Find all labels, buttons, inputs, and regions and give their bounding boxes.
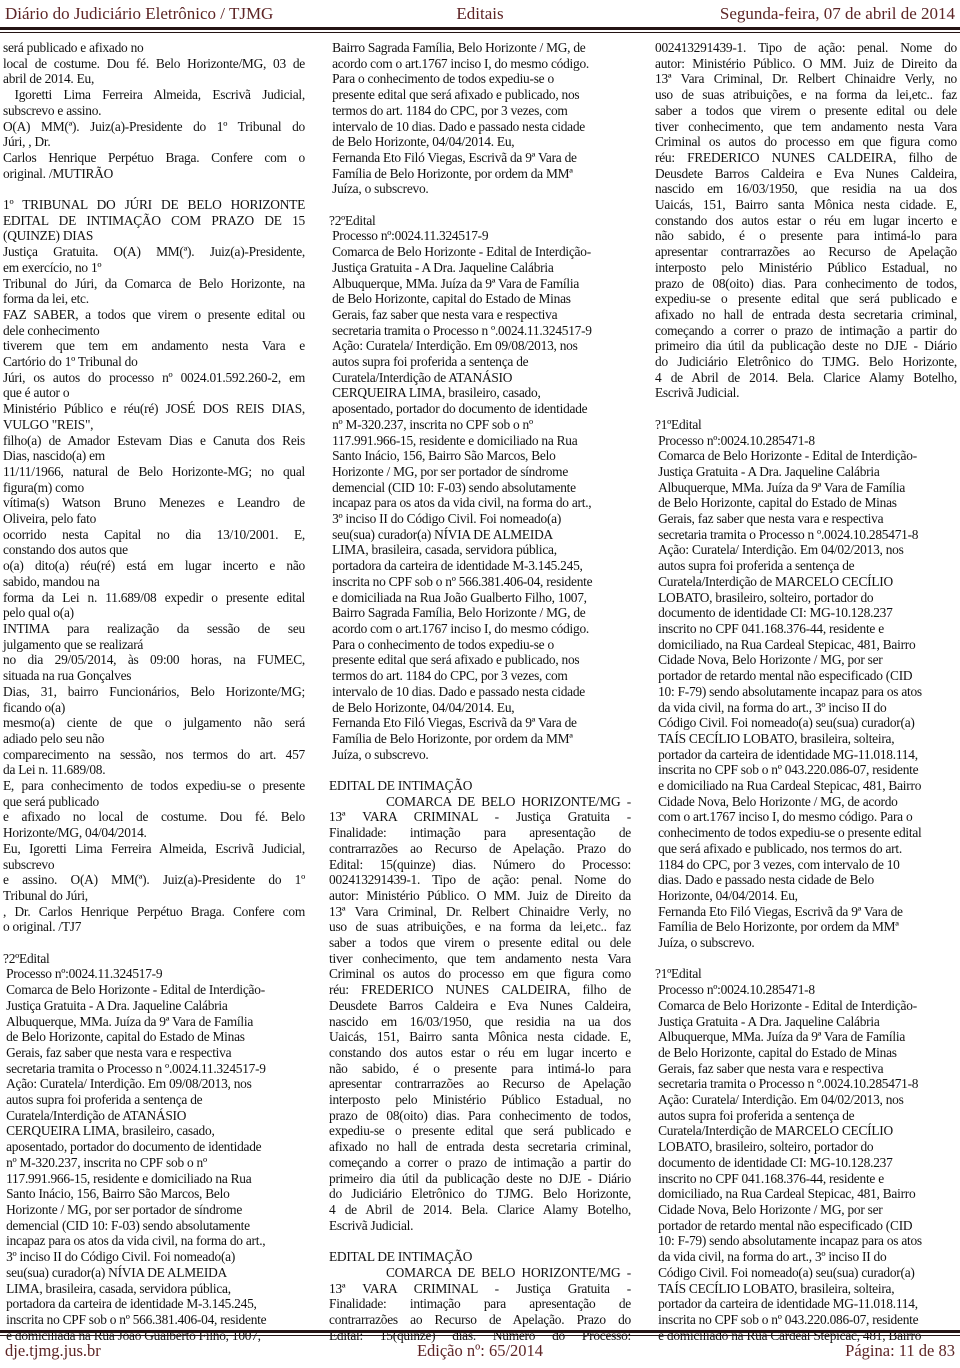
footer-page-number: Página: 11 de 83 — [845, 1341, 955, 1361]
text-line: COMARCA DE BELO HORIZONTE/MG - — [329, 1265, 631, 1281]
text-line: Código Civil. Foi nomeado(a) seu(sua) cu… — [655, 1265, 957, 1281]
text-line: presente edital que será afixado e publi… — [329, 652, 631, 668]
text-line: réu: FREDERICO NUNES CALDEIRA, filho de — [329, 982, 631, 998]
text-line: inscrito no CPF 041.168.376-44, resident… — [655, 1171, 957, 1187]
text-line: nascido em 16/03/1950, que residia na ua… — [655, 181, 957, 197]
text-line: EDITAL DE INTIMAÇÃO — [329, 778, 631, 794]
text-line: réu: FREDERICO NUNES CALDEIRA, filho de — [655, 150, 957, 166]
text-line: acordo com o art.1767 inciso I, do mesmo… — [329, 621, 631, 637]
text-line: Juíza, o subscrevo. — [329, 181, 631, 197]
text-line: de Belo Horizonte, 04/04/2014. Eu, — [329, 134, 631, 150]
text-line: vítima(s) Watson Bruno Menezes e Leandro… — [3, 495, 305, 511]
text-line: Processo nº:0024.11.324517-9 — [3, 966, 305, 982]
text-line: Cidade Nova, Belo Horizonte / MG, por se… — [655, 1202, 957, 1218]
text-line: mesmo(a) ciente de que o julgamento não … — [3, 715, 305, 731]
text-line: da vida civil, na forma do art., 3º inci… — [655, 700, 957, 716]
text-line: Horizonte/MG, 04/04/2014. — [3, 825, 305, 841]
text-line: Curatela/Interdição de MARCELO CECÍLIO — [655, 574, 957, 590]
text-line: da Lei n. 11.689/08. — [3, 762, 305, 778]
text-line: e assino. O(A) MM(ª). Juiz(a)-Presidente… — [3, 872, 305, 888]
text-line: dele conhecimento — [3, 323, 305, 339]
text-line: Justiça Gratuita. O(A) MM(ª). Juiz(a)-Pr… — [3, 244, 305, 260]
text-line: 1º TRIBUNAL DO JÚRI DE BELO HORIZONTE — [3, 197, 305, 213]
text-line: demencial (CID 10: F-03) sendo absolutam… — [329, 480, 631, 496]
edital-interdicao-marcelo-2-truncado: ?1ºEdital Processo nº:0024.10.285471-8 C… — [655, 966, 957, 1343]
text-line: ?2ºEdital — [3, 951, 305, 967]
column-3: 002413291439-1. Tipo de ação: penal. Nom… — [655, 40, 957, 1343]
text-line: uso de suas atribuições, e na forma da l… — [655, 87, 957, 103]
text-line: INTIMA para realização da sessão de seu — [3, 621, 305, 637]
text-line: Processo nº:0024.11.324517-9 — [329, 228, 631, 244]
content-columns: será publicado e afixado nolocal de cost… — [0, 33, 960, 1343]
text-line: Albuquerque, MMa. Juíza da 9ª Vara de Fa… — [3, 1014, 305, 1030]
text-line: acordo com o art.1767 inciso I, do mesmo… — [329, 56, 631, 72]
footer-edition: Edição nº: 65/2014 — [0, 1341, 960, 1361]
text-line: no dia 29/05/2014, às 09:00 horas, na FU… — [3, 652, 305, 668]
text-line: secretaria tramita o Processo n º.0024.1… — [329, 323, 631, 339]
text-line: dias. Dado e passado nesta cidade de Bel… — [655, 872, 957, 888]
text-line: Escrivã Judicial. — [329, 1218, 631, 1234]
text-line: autos supra foi proferida a sentença de — [329, 354, 631, 370]
text-line: 3º inciso II do Código Civil. Foi nomead… — [329, 511, 631, 527]
text-line: autos supra foi proferida a sentença de — [655, 1108, 957, 1124]
text-line: Finalidade: intimação para apresentação … — [329, 1296, 631, 1312]
text-line: documento de identidade CI: MG-10.128.23… — [655, 605, 957, 621]
text-line: intervalo de 10 dias. Dado e passado nes… — [329, 119, 631, 135]
text-line: Comarca de Belo Horizonte - Edital de In… — [655, 448, 957, 464]
text-line: Criminal os autos do processo em que fig… — [655, 134, 957, 150]
text-line: TAÍS CECÍLIO LOBATO, brasileira, solteir… — [655, 731, 957, 747]
text-line: domiciliado, na Rua Cardeal Stepicac, 48… — [655, 1186, 957, 1202]
text-line: incapaz para os atos da vida civil, na f… — [3, 1233, 305, 1249]
text-line: inscrita no CPF sob o nº 566.381.406-04,… — [3, 1312, 305, 1328]
text-line: Justiça Gratuita - A Dra. Jaqueline Calá… — [655, 464, 957, 480]
text-line: prazo de 08(oito) dias. Para conheciment… — [329, 1108, 631, 1124]
text-line: Eu, Igoretti Lima Ferreira Almeida, Escr… — [3, 841, 305, 857]
text-line: adiado pelo seu não — [3, 731, 305, 747]
text-line: , Dr. Carlos Henrique Perpétuo Braga. Co… — [3, 904, 305, 920]
text-line: Ministério Público e réu(ré) JOSÉ DOS RE… — [3, 401, 305, 417]
edital-interdicao-marcelo-1: ?1ºEdital Processo nº:0024.10.285471-8 C… — [655, 417, 957, 951]
text-line: secretaria tramita o Processo n º.0024.1… — [655, 1076, 957, 1092]
text-line: situada na rua Gonçalves — [3, 668, 305, 684]
header-date: Segunda-feira, 07 de abril de 2014 — [720, 4, 955, 24]
text-line: começando a correr o prazo de intimação … — [655, 323, 957, 339]
text-line: conhecimento de todos expediu-se o prese… — [655, 825, 957, 841]
text-line: apresentar contrarrazões ao Recurso de A… — [655, 244, 957, 260]
text-line: secretaria tramita o Processo n º.0024.1… — [655, 527, 957, 543]
text-line: tiverem que tem em andamento nesta Vara … — [3, 338, 305, 354]
edital-interdicao-atanasio-parte1: ?2ºEdital Processo nº:0024.11.324517-9 C… — [3, 951, 305, 1344]
text-line: original. /MUTIRÃO — [3, 166, 305, 182]
text-line: CERQUEIRA LIMA, brasileiro, casado, — [329, 385, 631, 401]
text-line: portadora da carteira de identidade M-3.… — [3, 1296, 305, 1312]
text-line: ocorrido nesta Capital no dia 13/10/2001… — [3, 527, 305, 543]
text-line: inscrita no CPF sob o nº 043.220.086-07,… — [655, 1312, 957, 1328]
text-line: 4 de Abril de 2014. Bela. Clarice Alamy … — [329, 1202, 631, 1218]
text-line: Igoretti Lima Ferreira Almeida, Escrivã … — [3, 87, 305, 103]
text-line: julgamento que se realizará — [3, 637, 305, 653]
text-line: 002413291439-1. Tipo de ação: penal. Nom… — [655, 40, 957, 56]
text-line: e afixado no local de costume. Dou fé. B… — [3, 809, 305, 825]
text-line: Deusdete Barros Caldeira e Eva Nunes Cal… — [329, 998, 631, 1014]
edital-interdicao-atanasio-repeticao: ?2ºEdital Processo nº:0024.11.324517-9 C… — [329, 213, 631, 763]
text-line: que é autor o — [3, 385, 305, 401]
text-line: apresentar contrarrazões ao Recurso de A… — [329, 1076, 631, 1092]
text-line: 11/11/1966, natural de Belo Horizonte-MG… — [3, 464, 305, 480]
text-line: saber a todos que virem o presente edita… — [655, 103, 957, 119]
text-line: Processo nº:0024.10.285471-8 — [655, 433, 957, 449]
text-line: Tribunal do Júri, — [3, 888, 305, 904]
page-header: Diário do Judiciário Eletrônico / TJMG E… — [0, 0, 960, 27]
text-line: Bairro Sagrada Família, Belo Horizonte /… — [329, 605, 631, 621]
text-line: Dias, nascido(a) em — [3, 448, 305, 464]
text-line: e domiciliado na Rua Cardeal Stepicac, 4… — [655, 778, 957, 794]
text-line: o original. /TJ7 — [3, 919, 305, 935]
text-line: LOBATO, brasileiro, solteiro, portador d… — [655, 590, 957, 606]
text-line: autor: Ministério Público. O MM. Juiz de… — [329, 888, 631, 904]
text-line: Curatela/Interdição de ATANÁSIO — [3, 1108, 305, 1124]
column-2: Bairro Sagrada Família, Belo Horizonte /… — [329, 40, 631, 1343]
text-line: nº M-320.237, inscrita no CPF sob o nº — [329, 417, 631, 433]
text-line: EDITAL DE INTIMAÇÃO COM PRAZO DE 15 — [3, 213, 305, 229]
text-line: VULGO "REIS", — [3, 417, 305, 433]
text-line: presente edital que será afixado e publi… — [329, 87, 631, 103]
text-line: EDITAL DE INTIMAÇÃO — [329, 1249, 631, 1265]
text-line: Fernanda Eto Filó Viegas, Escrivã da 9ª … — [329, 150, 631, 166]
text-line: Família de Belo Horizonte, por ordem da … — [655, 919, 957, 935]
text-line: Cidade Nova, Belo Horizonte / MG, por se… — [655, 652, 957, 668]
text-line: local de costume. Dou fé. Belo Horizonte… — [3, 56, 305, 72]
text-line: Juíza, o subscrevo. — [329, 747, 631, 763]
text-line: (QUINZE) DIAS — [3, 228, 305, 244]
text-line: Finalidade: intimação para apresentação … — [329, 825, 631, 841]
text-line: 13ª Vara Criminal, Dr. Relbert Chinaidre… — [329, 904, 631, 920]
text-line: CERQUEIRA LIMA, brasileiro, casado, — [3, 1123, 305, 1139]
text-line: 13ª Vara Criminal, Dr. Relbert Chinaidre… — [655, 71, 957, 87]
text-line: Curatela/Interdição de MARCELO CECÍLIO — [655, 1123, 957, 1139]
text-line: será publicado e afixado no — [3, 40, 305, 56]
text-line: Horizonte / MG, por ser portador de sínd… — [329, 464, 631, 480]
text-line: primeiro dia útil da publicação deste no… — [329, 1171, 631, 1187]
text-line: Para o conhecimento de todos expediu-se … — [329, 637, 631, 653]
text-line: incapaz para os atos da vida civil, na f… — [329, 495, 631, 511]
text-line: Gerais, faz saber que nesta vara e respe… — [655, 1061, 957, 1077]
text-line: portador de retardo mental não especific… — [655, 1218, 957, 1234]
text-line: não sabido, é o presente para intimá-lo … — [329, 1061, 631, 1077]
text-line: Processo nº:0024.10.285471-8 — [655, 982, 957, 998]
text-line: nº M-320.237, inscrita no CPF sob o nº — [3, 1155, 305, 1171]
text-line: Santo Inácio, 156, Bairro São Marcos, Be… — [329, 448, 631, 464]
text-line: Cidade Nova, Belo Horizonte / MG, de aco… — [655, 794, 957, 810]
text-line: figura(m) como — [3, 480, 305, 496]
text-line: Família de Belo Horizonte, por ordem da … — [329, 731, 631, 747]
text-line: contrarrazões ao Recurso de Apelação. Pr… — [329, 841, 631, 857]
text-line: Santo Inácio, 156, Bairro São Marcos, Be… — [3, 1186, 305, 1202]
text-line: de Belo Horizonte, capital do Estado de … — [655, 1045, 957, 1061]
text-line: Horizonte / MG, por ser portador de sínd… — [3, 1202, 305, 1218]
text-line: Código Civil. Foi nomeado(a) seu(sua) cu… — [655, 715, 957, 731]
text-line: Oliveira, pelo fato — [3, 511, 305, 527]
text-line: em exercício, no 1º — [3, 260, 305, 276]
text-line: Ação: Curatela/ Interdição. Em 09/08/201… — [3, 1076, 305, 1092]
text-line: constando dos autos estar o réu em lugar… — [655, 213, 957, 229]
text-line: Comarca de Belo Horizonte - Edital de In… — [3, 982, 305, 998]
edital-mutirao-closing: será publicado e afixado nolocal de cost… — [3, 40, 305, 181]
text-line: ficando o(a) — [3, 700, 305, 716]
text-line: da vida civil, na forma do art., 3º inci… — [655, 1249, 957, 1265]
edital-interdicao-atanasio-continuacao: Bairro Sagrada Família, Belo Horizonte /… — [329, 40, 631, 197]
text-line: Criminal os autos do processo em que fig… — [329, 966, 631, 982]
text-line: portador de retardo mental não especific… — [655, 668, 957, 684]
text-line: Justiça Gratuita - A Dra. Jaqueline Calá… — [329, 260, 631, 276]
text-line: 1184 do CPC, por 3 vezes, com intervalo … — [655, 857, 957, 873]
text-line: Gerais, faz saber que nesta vara e respe… — [655, 511, 957, 527]
text-line: ?1ºEdital — [655, 966, 957, 982]
text-line: COMARCA DE BELO HORIZONTE/MG - — [329, 794, 631, 810]
text-line: domiciliado, na Rua Cardeal Stepicac, 48… — [655, 637, 957, 653]
text-line: tiver conhecimento, que tem andamento ne… — [329, 951, 631, 967]
text-line: expediu-se o presente edital que será pu… — [329, 1123, 631, 1139]
text-line: com o art.1767 inciso I, do mesmo código… — [655, 809, 957, 825]
text-line: expediu-se o presente edital que será pu… — [655, 291, 957, 307]
edital-1-tribunal-do-juri: 1º TRIBUNAL DO JÚRI DE BELO HORIZONTEEDI… — [3, 197, 305, 935]
text-line: Ação: Curatela/ Interdição. Em 04/02/201… — [655, 542, 957, 558]
text-line: do Judiciário Eletrônico do TJMG. Belo H… — [655, 354, 957, 370]
text-line: demencial (CID 10: F-03) sendo absolutam… — [3, 1218, 305, 1234]
text-line: uso de suas atribuições, e na forma da l… — [329, 919, 631, 935]
text-line: subscrevo — [3, 857, 305, 873]
text-line: aposentado, portador do documento de ide… — [3, 1139, 305, 1155]
text-line: prazo de 08(oito) dias. Para conheciment… — [655, 276, 957, 292]
text-line: LIMA, brasileira, casada, servidora públ… — [329, 542, 631, 558]
gazette-page: Diário do Judiciário Eletrônico / TJMG E… — [0, 0, 960, 1368]
text-line: Júri, , Dr. — [3, 134, 305, 150]
text-line: saber a todos que virem o presente edita… — [329, 935, 631, 951]
text-line: interposto pelo Ministério Público Estad… — [655, 260, 957, 276]
text-line: Comarca de Belo Horizonte - Edital de In… — [655, 998, 957, 1014]
text-line: começando a correr o prazo de intimação … — [329, 1155, 631, 1171]
text-line: autos supra foi proferida a sentença de — [3, 1092, 305, 1108]
text-line: ?1ºEdital — [655, 417, 957, 433]
text-line: Bairro Sagrada Família, Belo Horizonte /… — [329, 40, 631, 56]
text-line: Deusdete Barros Caldeira e Eva Nunes Cal… — [655, 166, 957, 182]
text-line: 13ª VARA CRIMINAL - Justiça Gratuita - — [329, 809, 631, 825]
text-line: Júri, os autos do processo nº 0024.01.59… — [3, 370, 305, 386]
text-line: O(A) MM(ª). Juiz(a)-Presidente do 1º Tri… — [3, 119, 305, 135]
text-line: Escrivã Judicial. — [655, 385, 957, 401]
text-line: Juíza, o subscrevo. — [655, 935, 957, 951]
text-line: abril de 2014. Eu, — [3, 71, 305, 87]
text-line: Curatela/Interdição de ATANÁSIO — [329, 370, 631, 386]
text-line: o(a) dito(a) réu(ré) está em lugar incer… — [3, 558, 305, 574]
text-line: não sabido, é o presente para intimá-lo … — [655, 228, 957, 244]
text-line: termos do art. 1184 do CPC, por 3 vezes,… — [329, 103, 631, 119]
text-line: afixado no hall de entrada desta secreta… — [329, 1139, 631, 1155]
text-line: Comarca de Belo Horizonte - Edital de In… — [329, 244, 631, 260]
text-line: forma da lei, etc. — [3, 291, 305, 307]
page-footer: dje.tjmg.jus.br Edição nº: 65/2014 Págin… — [0, 1330, 960, 1368]
text-line: aposentado, portador do documento de ide… — [329, 401, 631, 417]
text-line: Ação: Curatela/ Interdição. Em 09/08/201… — [329, 338, 631, 354]
text-line: sabido, mandou na — [3, 574, 305, 590]
text-line: e domiciliada na Rua João Gualberto Filh… — [329, 590, 631, 606]
edital-intimacao-13-vara-criminal-2-continuacao: 002413291439-1. Tipo de ação: penal. Nom… — [655, 40, 957, 401]
text-line: 10: F-79) sendo absolutamente incapaz pa… — [655, 684, 957, 700]
text-line: 4 de Abril de 2014. Bela. Clarice Alamy … — [655, 370, 957, 386]
text-line: 13ª VARA CRIMINAL - Justiça Gratuita - — [329, 1281, 631, 1297]
text-line: 117.991.966-15, residente e domiciliado … — [329, 433, 631, 449]
text-line: constando dos autos que — [3, 542, 305, 558]
text-line: Para o conhecimento de todos expediu-se … — [329, 71, 631, 87]
column-1: será publicado e afixado nolocal de cost… — [3, 40, 305, 1343]
text-line: autos supra foi proferida a sentença de — [655, 558, 957, 574]
text-line: 002413291439-1. Tipo de ação: penal. Nom… — [329, 872, 631, 888]
text-line: Albuquerque, MMa. Juíza da 9ª Vara de Fa… — [329, 276, 631, 292]
text-line: Cartório do 1º Tribunal do — [3, 354, 305, 370]
text-line: Família de Belo Horizonte, por ordem da … — [329, 166, 631, 182]
text-line: FAZ SABER, a todos que virem o presente … — [3, 307, 305, 323]
edital-intimacao-13-vara-criminal-1: EDITAL DE INTIMAÇÃO COMARCA DE BELO HORI… — [329, 778, 631, 1233]
text-line: de Belo Horizonte, capital do Estado de … — [655, 495, 957, 511]
text-line: Fernanda Eto Filó Viegas, Escrivã da 9ª … — [655, 904, 957, 920]
text-line: interposto pelo Ministério Público Estad… — [329, 1092, 631, 1108]
text-line: tiver conhecimento, que tem andamento ne… — [655, 119, 957, 135]
text-line: que será afixado e publicado, nos termos… — [655, 841, 957, 857]
text-line: secretaria tramita o Processo n º.0024.1… — [3, 1061, 305, 1077]
text-line: comparecimento na sessão, nos termos do … — [3, 747, 305, 763]
text-line: portador da carteira de identidade MG-11… — [655, 1296, 957, 1312]
text-line: 117.991.966-15, residente e domiciliado … — [3, 1171, 305, 1187]
text-line: 10: F-79) sendo absolutamente incapaz pa… — [655, 1233, 957, 1249]
text-line: autor: Ministério Público. O MM. Juiz de… — [655, 56, 957, 72]
text-line: Justiça Gratuita - A Dra. Jaqueline Calá… — [655, 1014, 957, 1030]
text-line: forma da Lei n. 11.689/08 expedir o pres… — [3, 590, 305, 606]
header-publication-title: Diário do Judiciário Eletrônico / TJMG — [5, 4, 273, 24]
text-line: portadora da carteira de identidade M-3.… — [329, 558, 631, 574]
text-line: de Belo Horizonte, 04/04/2014. Eu, — [329, 700, 631, 716]
text-line: Edital: 15(quinze) dias. Número do Proce… — [329, 857, 631, 873]
text-line: seu(sua) curador(a) NÍVIA DE ALMEIDA — [329, 527, 631, 543]
text-line: Justiça Gratuita - A Dra. Jaqueline Calá… — [3, 998, 305, 1014]
text-line: inscrito no CPF 041.168.376-44, resident… — [655, 621, 957, 637]
text-line: contrarrazões ao Recurso de Apelação. Pr… — [329, 1312, 631, 1328]
text-line: Horizonte, 04/04/2014. Eu, — [655, 888, 957, 904]
text-line: filho(a) de Amador Estevam Dias e Canuta… — [3, 433, 305, 449]
text-line: Gerais, faz saber que nesta vara e respe… — [329, 307, 631, 323]
text-line: primeiro dia útil da publicação deste no… — [655, 338, 957, 354]
text-line: Tribunal do Júri, da Comarca de Belo Hor… — [3, 276, 305, 292]
text-line: 3º inciso II do Código Civil. Foi nomead… — [3, 1249, 305, 1265]
text-line: TAÍS CECÍLIO LOBATO, brasileira, solteir… — [655, 1281, 957, 1297]
text-line: inscrita no CPF sob o nº 043.220.086-07,… — [655, 762, 957, 778]
text-line: Albuquerque, MMa. Juíza da 9ª Vara de Fa… — [655, 480, 957, 496]
text-line: documento de identidade CI: MG-10.128.23… — [655, 1155, 957, 1171]
text-line: pelo qual o(a) — [3, 605, 305, 621]
text-line: Ação: Curatela/ Interdição. Em 04/02/201… — [655, 1092, 957, 1108]
text-line: portador da carteira de identidade MG-11… — [655, 747, 957, 763]
text-line: que será publicado — [3, 794, 305, 810]
text-line: inscrita no CPF sob o nº 566.381.406-04,… — [329, 574, 631, 590]
text-line: Uaicás, 151, Bairro santa Mônica nesta c… — [655, 197, 957, 213]
text-line: seu(sua) curador(a) NÍVIA DE ALMEIDA — [3, 1265, 305, 1281]
text-line: nascido em 16/03/1950, que residia na ua… — [329, 1014, 631, 1030]
text-line: Dias, 31, bairro Funcionários, Belo Hori… — [3, 684, 305, 700]
text-line: de Belo Horizonte, capital do Estado de … — [3, 1029, 305, 1045]
footer-url: dje.tjmg.jus.br — [5, 1341, 101, 1361]
text-line: Fernanda Eto Filó Viegas, Escrivã da 9ª … — [329, 715, 631, 731]
text-line: constando dos autos estar o réu em lugar… — [329, 1045, 631, 1061]
text-line: Uaicás, 151, Bairro santa Mônica nesta c… — [329, 1029, 631, 1045]
text-line: subscrevo e assino. — [3, 103, 305, 119]
text-line: Gerais, faz saber que nesta vara e respe… — [3, 1045, 305, 1061]
text-line: Carlos Henrique Perpétuo Braga. Confere … — [3, 150, 305, 166]
text-line: do Judiciário Eletrônico do TJMG. Belo H… — [329, 1186, 631, 1202]
text-line: Albuquerque, MMa. Juíza da 9ª Vara de Fa… — [655, 1029, 957, 1045]
text-line: intervalo de 10 dias. Dado e passado nes… — [329, 684, 631, 700]
text-line: ?2ºEdital — [329, 213, 631, 229]
text-line: LOBATO, brasileiro, solteiro, portador d… — [655, 1139, 957, 1155]
text-line: de Belo Horizonte, capital do Estado de … — [329, 291, 631, 307]
text-line: LIMA, brasileira, casada, servidora públ… — [3, 1281, 305, 1297]
text-line: termos do art. 1184 do CPC, por 3 vezes,… — [329, 668, 631, 684]
text-line: afixado no hall de entrada desta secreta… — [655, 307, 957, 323]
text-line: E, para conhecimento de todos expediu-se… — [3, 778, 305, 794]
